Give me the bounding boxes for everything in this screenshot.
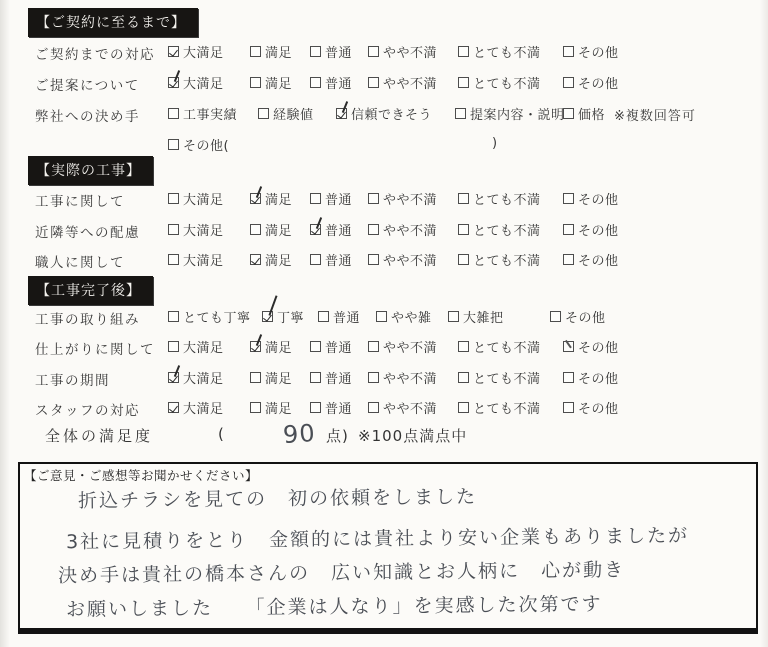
- survey-row: ご提案について 大満足 満足 普通 やや不満 とても不満 その他: [0, 73, 768, 91]
- checkbox[interactable]: [458, 46, 469, 57]
- option: やや不満: [368, 73, 437, 92]
- option: 大雑把: [448, 307, 504, 326]
- option-label: 丁寧: [277, 307, 304, 326]
- option: 普通: [310, 368, 352, 387]
- score-value: 90: [282, 419, 316, 449]
- checkbox[interactable]: [368, 224, 379, 235]
- checkbox[interactable]: [250, 193, 261, 204]
- option-label: やや不満: [383, 220, 437, 239]
- checkbox[interactable]: [310, 224, 321, 235]
- option-label: 満足: [265, 189, 292, 208]
- checkbox[interactable]: [368, 341, 379, 352]
- option-label: 普通: [325, 42, 352, 61]
- option: その他: [563, 42, 619, 61]
- checkbox[interactable]: [563, 46, 574, 57]
- option-label: 満足: [265, 250, 292, 269]
- option: 満足: [250, 398, 292, 417]
- option: 満足: [250, 337, 292, 356]
- checkbox[interactable]: [368, 254, 379, 265]
- option: その他: [563, 189, 619, 208]
- option: その他: [563, 398, 619, 417]
- row-label: 近隣等への配慮: [35, 221, 140, 241]
- option: 普通: [310, 337, 352, 356]
- option: とても不満: [458, 73, 541, 92]
- option-label: 経験値: [273, 104, 314, 123]
- section-header-after: 【工事完了後】: [28, 276, 153, 305]
- option: 経験値: [258, 104, 314, 123]
- section-header-construction: 【実際の工事】: [28, 156, 153, 185]
- option-label: とても不満: [473, 250, 541, 269]
- checkbox[interactable]: [368, 402, 379, 413]
- option: 大満足: [168, 220, 224, 239]
- checkbox[interactable]: [310, 193, 321, 204]
- option-label: とても不満: [473, 189, 541, 208]
- option: 普通: [310, 250, 352, 269]
- checkbox[interactable]: [563, 341, 574, 352]
- survey-row: 職人に関して 大満足 満足 普通 やや不満 とても不満 その他: [0, 250, 768, 268]
- row-label: ご提案について: [35, 74, 140, 94]
- option: やや不満: [368, 337, 437, 356]
- option-label: 満足: [265, 398, 292, 417]
- option: やや不満: [368, 250, 437, 269]
- option: 普通: [310, 220, 352, 239]
- option: 満足: [250, 189, 292, 208]
- option-label: やや不満: [383, 368, 437, 387]
- option-label: 普通: [325, 220, 352, 239]
- option-label: やや不満: [383, 189, 437, 208]
- option-label: その他: [578, 398, 619, 417]
- option-label: 大満足: [183, 398, 224, 417]
- option: とても不満: [458, 220, 541, 239]
- checkbox[interactable]: [258, 108, 269, 119]
- checkbox[interactable]: [458, 193, 469, 204]
- option-label: とても不満: [473, 368, 541, 387]
- checkbox[interactable]: [262, 311, 273, 322]
- option: とても不満: [458, 398, 541, 417]
- survey-row: 仕上がりに関して 大満足 満足 普通 やや不満 とても不満 その他: [0, 337, 768, 355]
- survey-row: 近隣等への配慮 大満足 満足 普通 やや不満 とても不満 その他: [0, 220, 768, 238]
- option-label: その他: [578, 73, 619, 92]
- option: 工事実績: [168, 104, 237, 123]
- option-label: 価格: [578, 104, 605, 123]
- option-label: とても不満: [473, 73, 541, 92]
- option: 大満足: [168, 337, 224, 356]
- option: 普通: [318, 307, 360, 326]
- checkbox[interactable]: [168, 108, 179, 119]
- section-header-contract: 【ご契約に至るまで】: [28, 8, 198, 37]
- option-label: その他: [578, 250, 619, 269]
- option-label: 信頼できそう: [351, 104, 432, 123]
- option-label: 普通: [325, 368, 352, 387]
- survey-row: 工事に関して 大満足 満足 普通 やや不満 とても不満 その他: [0, 189, 768, 207]
- option-label: 満足: [265, 368, 292, 387]
- survey-row: 工事の期間 大満足 満足 普通 やや不満 とても不満 その他: [0, 368, 768, 386]
- option: 大満足: [168, 368, 224, 387]
- section-title: 【実際の工事】: [36, 163, 141, 179]
- option: その他: [563, 73, 619, 92]
- option-label: 満足: [265, 73, 292, 92]
- option-label: やや不満: [383, 337, 437, 356]
- option: とても不満: [458, 42, 541, 61]
- section-title: 【ご契約に至るまで】: [36, 15, 186, 31]
- survey-row: 工事の取り組み とても丁寧 丁寧 普通 やや雑 大雑把 その他: [0, 307, 768, 325]
- checkbox[interactable]: [455, 108, 466, 119]
- option: やや不満: [368, 398, 437, 417]
- checkbox[interactable]: [336, 108, 347, 119]
- option: 満足: [250, 250, 292, 269]
- checkbox[interactable]: [310, 372, 321, 383]
- row-label: ご契約までの対応: [35, 43, 155, 63]
- overall-score-row: 全体の満足度 ( 90 点) ※100点満点中: [0, 422, 768, 452]
- scanned-survey-form: 【ご契約に至るまで】 ご契約までの対応 大満足 満足 普通 やや不満 とても不満…: [0, 0, 768, 647]
- checkbox[interactable]: [168, 46, 179, 57]
- option: 満足: [250, 42, 292, 61]
- option-label: やや不満: [383, 42, 437, 61]
- option: 満足: [250, 73, 292, 92]
- checkbox[interactable]: [563, 193, 574, 204]
- checkbox[interactable]: [168, 254, 179, 265]
- checkbox[interactable]: [168, 402, 179, 413]
- checkbox[interactable]: [563, 254, 574, 265]
- checkbox[interactable]: [458, 341, 469, 352]
- checkbox[interactable]: [458, 224, 469, 235]
- checkbox[interactable]: [168, 224, 179, 235]
- checkbox[interactable]: [563, 372, 574, 383]
- option-label: 普通: [325, 337, 352, 356]
- option-label: とても丁寧: [183, 307, 251, 326]
- checkbox[interactable]: [458, 402, 469, 413]
- option: 大満足: [168, 250, 224, 269]
- option: その他: [563, 220, 619, 239]
- option: やや不満: [368, 42, 437, 61]
- option-label: 大満足: [183, 220, 224, 239]
- option: 丁寧: [262, 307, 304, 326]
- option: とても不満: [458, 368, 541, 387]
- checkbox[interactable]: [563, 77, 574, 88]
- row-label: 職人に関して: [35, 251, 125, 271]
- option-label: 普通: [325, 398, 352, 417]
- survey-row: ご契約までの対応 大満足 満足 普通 やや不満 とても不満 その他: [0, 42, 768, 60]
- row-label: 仕上がりに関して: [35, 338, 155, 358]
- checkbox[interactable]: [563, 108, 574, 119]
- option-label: とても不満: [473, 42, 541, 61]
- option-label: その他(: [183, 135, 229, 154]
- option: 普通: [310, 398, 352, 417]
- option: 大満足: [168, 398, 224, 417]
- option: 提案内容・説明: [455, 104, 565, 123]
- checkbox[interactable]: [250, 402, 261, 413]
- checkbox[interactable]: [550, 311, 561, 322]
- option-label: その他: [565, 307, 606, 326]
- checkbox[interactable]: [310, 254, 321, 265]
- checkbox[interactable]: [250, 46, 261, 57]
- option: 大満足: [168, 42, 224, 61]
- checkbox[interactable]: [250, 77, 261, 88]
- option-label: 大満足: [183, 337, 224, 356]
- option-label: その他: [578, 368, 619, 387]
- option-label: やや雑: [391, 307, 432, 326]
- option-label: その他: [578, 337, 619, 356]
- checkbox[interactable]: [458, 77, 469, 88]
- survey-row: その他( ): [0, 135, 768, 153]
- checkbox[interactable]: [310, 77, 321, 88]
- option: 信頼できそう: [336, 104, 432, 123]
- checkbox[interactable]: [368, 193, 379, 204]
- close-paren: ): [492, 136, 498, 151]
- option: その他: [563, 250, 619, 269]
- checkbox[interactable]: [376, 311, 387, 322]
- checkbox[interactable]: [310, 46, 321, 57]
- checkbox[interactable]: [250, 372, 261, 383]
- checkbox[interactable]: [250, 341, 261, 352]
- checkbox[interactable]: [168, 77, 179, 88]
- checkbox[interactable]: [250, 224, 261, 235]
- row-label: 工事の取り組み: [35, 308, 140, 328]
- option: 普通: [310, 189, 352, 208]
- checkbox[interactable]: [168, 372, 179, 383]
- row-label: 工事の期間: [35, 369, 110, 389]
- checkbox[interactable]: [168, 193, 179, 204]
- option: 満足: [250, 220, 292, 239]
- option: その他: [563, 368, 619, 387]
- option: 普通: [310, 73, 352, 92]
- checkbox[interactable]: [168, 139, 179, 150]
- option-label: やや不満: [383, 250, 437, 269]
- section-title: 【工事完了後】: [36, 283, 141, 299]
- checkbox[interactable]: [310, 341, 321, 352]
- option-label: 普通: [325, 189, 352, 208]
- option-label: 大雑把: [463, 307, 504, 326]
- checkbox[interactable]: [458, 372, 469, 383]
- option-label: 提案内容・説明: [470, 104, 565, 123]
- score-label: 全体の満足度: [45, 425, 153, 446]
- option-label: やや不満: [383, 73, 437, 92]
- option-label: 大満足: [183, 42, 224, 61]
- option-label: 大満足: [183, 73, 224, 92]
- option-label: 大満足: [183, 250, 224, 269]
- multi-answer-note: ※複数回答可: [614, 105, 696, 124]
- option: 満足: [250, 368, 292, 387]
- survey-row: スタッフの対応 大満足 満足 普通 やや不満 とても不満 その他: [0, 398, 768, 416]
- option-label: その他: [578, 220, 619, 239]
- handwritten-line: お願いしました 「企業は人なり」を実感した次第です: [66, 589, 603, 622]
- checkbox[interactable]: [250, 254, 261, 265]
- option: とても不満: [458, 250, 541, 269]
- checkbox[interactable]: [563, 224, 574, 235]
- option-label: 工事実績: [183, 104, 237, 123]
- score-unit: 点): [326, 425, 349, 446]
- option: 大満足: [168, 189, 224, 208]
- checkbox[interactable]: [168, 311, 179, 322]
- option: その他: [550, 307, 606, 326]
- option-label: やや不満: [383, 398, 437, 417]
- option-label: とても不満: [473, 398, 541, 417]
- handwritten-line: 折込チラシを見ての 初の依頼をしました: [78, 482, 477, 513]
- survey-row: 弊社への決め手 工事実績 経験値 信頼できそう 提案内容・説明 価格 ※複数回答…: [0, 104, 768, 122]
- option-label: とても不満: [473, 220, 541, 239]
- row-label: 弊社への決め手: [35, 105, 140, 125]
- checkbox[interactable]: [368, 46, 379, 57]
- checkbox[interactable]: [563, 402, 574, 413]
- option-label: その他: [578, 189, 619, 208]
- option: とても不満: [458, 189, 541, 208]
- option-label: 大満足: [183, 368, 224, 387]
- checkbox[interactable]: [310, 402, 321, 413]
- option-label: 満足: [265, 337, 292, 356]
- option-label: 満足: [265, 42, 292, 61]
- option: その他(: [168, 135, 229, 154]
- option: とても丁寧: [168, 307, 251, 326]
- option: とても不満: [458, 337, 541, 356]
- checkbox[interactable]: [458, 254, 469, 265]
- row-label: 工事に関して: [35, 190, 125, 210]
- option-label: 普通: [325, 250, 352, 269]
- checkbox[interactable]: [368, 77, 379, 88]
- checkbox[interactable]: [318, 311, 329, 322]
- option-label: 大満足: [183, 189, 224, 208]
- option: やや雑: [376, 307, 432, 326]
- comments-title: 【ご意見・ご感想等お聞かせください】: [24, 466, 258, 484]
- option-label: 普通: [325, 73, 352, 92]
- checkbox[interactable]: [368, 372, 379, 383]
- option: 大満足: [168, 73, 224, 92]
- score-note: ※100点満点中: [358, 425, 467, 446]
- option: やや不満: [368, 189, 437, 208]
- option: 普通: [310, 42, 352, 61]
- checkbox[interactable]: [448, 311, 459, 322]
- checkbox[interactable]: [168, 341, 179, 352]
- option: やや不満: [368, 220, 437, 239]
- option-label: 満足: [265, 220, 292, 239]
- option: 価格: [563, 104, 605, 123]
- row-label: スタッフの対応: [35, 399, 140, 419]
- option: その他: [563, 337, 619, 356]
- option-label: その他: [578, 42, 619, 61]
- option-label: とても不満: [473, 337, 541, 356]
- score-open-paren: (: [218, 425, 225, 443]
- option-label: 普通: [333, 307, 360, 326]
- option: やや不満: [368, 368, 437, 387]
